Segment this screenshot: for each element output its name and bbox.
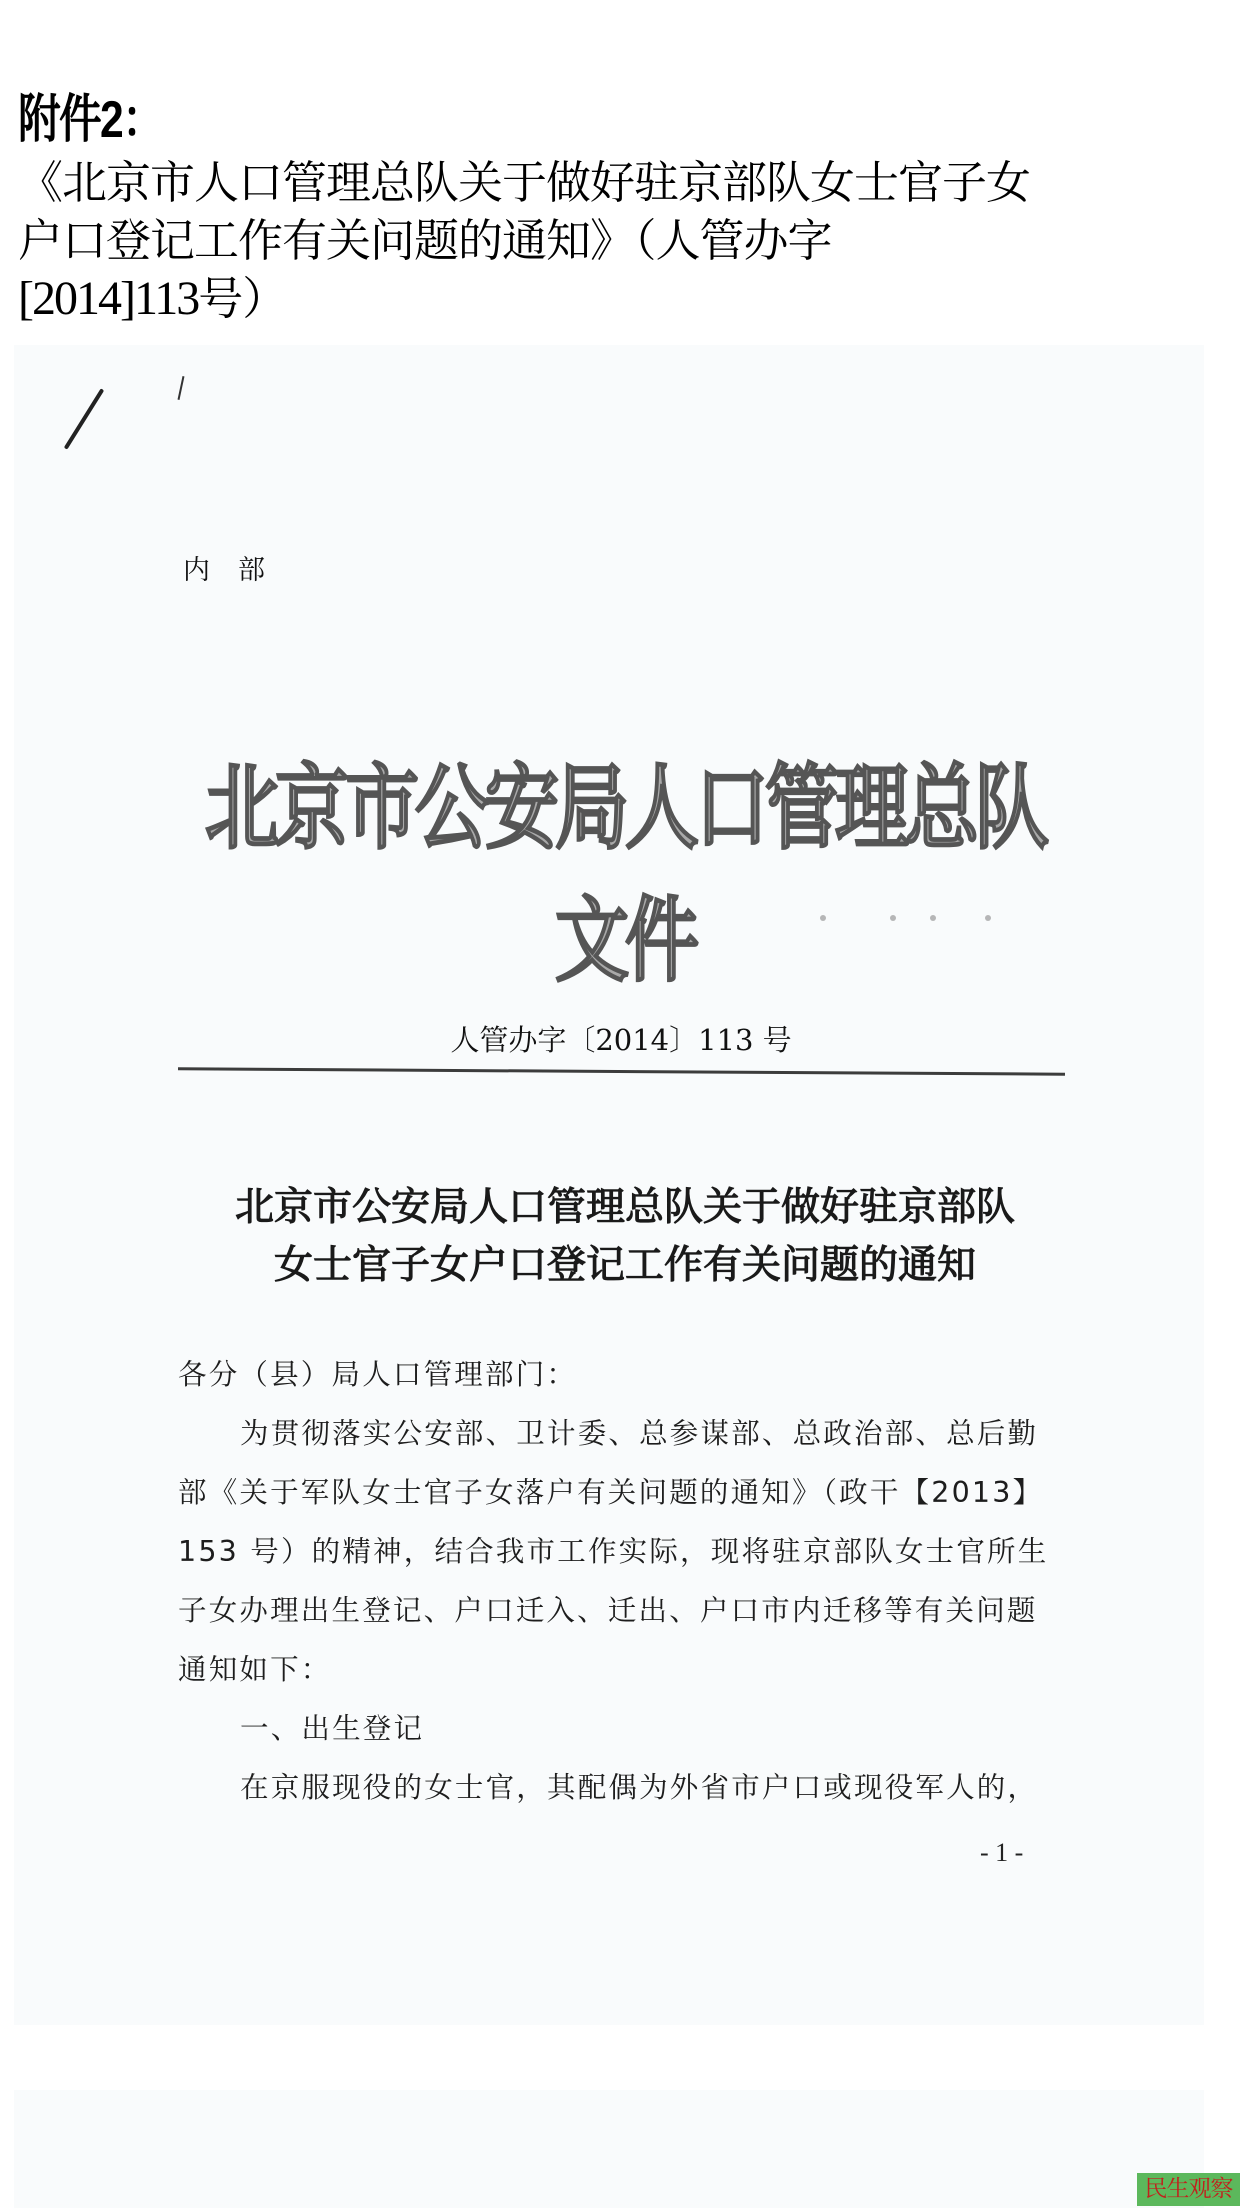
classification-label: 内部	[183, 548, 293, 587]
attachment-caption: 附件2： 《北京市人口管理总队关于做好驻京部队女士官子女 户口登记工作有关问题的…	[18, 88, 1238, 328]
scan-speck	[890, 915, 896, 921]
body-paragraph-line: 通知如下：	[178, 1640, 1078, 1699]
attachment-title-line-2: 户口登记工作有关问题的通知》（人管办字	[18, 212, 1238, 270]
document-title-line-2: 女士官子女户口登记工作有关问题的通知	[175, 1236, 1075, 1294]
document-number: 人管办字〔2014〕113 号	[0, 1018, 1242, 1059]
body-paragraph-line: 部《关于军队女士官子女落户有关问题的通知》（政干【2013】	[178, 1463, 1078, 1522]
document-body: 各分（县）局人口管理部门： 为贯彻落实公安部、卫计委、总参谋部、总政治部、总后勤…	[178, 1345, 1078, 1817]
scanned-page-lower-shadow	[14, 2090, 1204, 2208]
attachment-title: 《北京市人口管理总队关于做好驻京部队女士官子女 户口登记工作有关问题的通知》（人…	[18, 154, 1238, 328]
attachment-doc-number: [2014]113	[18, 272, 198, 325]
scan-speck	[985, 915, 991, 921]
attachment-title-line-1: 《北京市人口管理总队关于做好驻京部队女士官子女	[18, 154, 1238, 212]
salutation: 各分（县）局人口管理部门：	[178, 1345, 1078, 1404]
attachment-label: 附件2：	[18, 88, 1018, 152]
document-title-line-1: 北京市公安局人口管理总队关于做好驻京部队	[175, 1178, 1075, 1236]
scan-speck	[820, 915, 826, 921]
watermark-badge: 民生观察	[1137, 2173, 1240, 2206]
attachment-title-line-3: [2014]113号）	[18, 270, 1238, 328]
scan-speck	[930, 915, 936, 921]
page-number: - 1 -	[980, 1838, 1023, 1868]
document-title: 北京市公安局人口管理总队关于做好驻京部队 女士官子女户口登记工作有关问题的通知	[175, 1178, 1075, 1294]
attachment-doc-suffix: 号）	[198, 272, 286, 325]
body-paragraph-line: 在京服现役的女士官，其配偶为外省市户口或现役军人的，	[178, 1758, 1078, 1817]
body-paragraph-line: 153 号）的精神，结合我市工作实际，现将驻京部队女士官所生	[178, 1522, 1078, 1581]
body-paragraph-line: 为贯彻落实公安部、卫计委、总参谋部、总政治部、总后勤	[178, 1404, 1078, 1463]
document-header: 北京市公安局人口管理总队文件	[195, 735, 1055, 1000]
section-heading: 一、出生登记	[178, 1699, 1078, 1758]
body-paragraph-line: 子女办理出生登记、户口迁入、迁出、户口市内迁移等有关问题	[178, 1581, 1078, 1640]
